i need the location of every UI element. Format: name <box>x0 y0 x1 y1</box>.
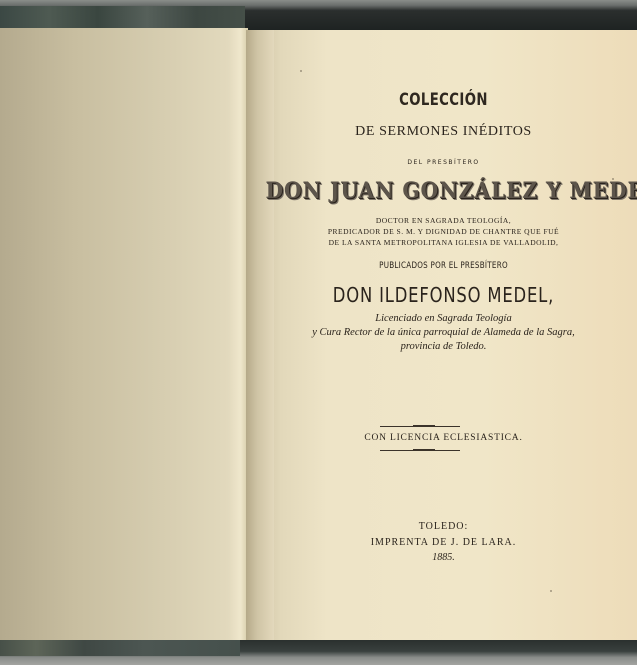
editor-credential: y Cura Rector de la única parroquial de … <box>250 327 637 338</box>
imprint-printer: IMPRENTA DE J. DE LARA. <box>250 537 637 548</box>
paper-speck <box>300 70 302 72</box>
imprint-city: TOLEDO: <box>250 521 637 532</box>
editor-credential: Licenciado en Sagrada Teología <box>250 313 637 324</box>
title-page: COLECCIÓN DE SERMONES INÉDITOS DEL PRESB… <box>250 30 637 640</box>
author-prefix: DEL PRESBÍTERO <box>250 159 637 166</box>
book-subtitle: DE SERMONES INÉDITOS <box>250 124 637 140</box>
divider-rule-center <box>413 449 435 451</box>
divider-rule-center <box>413 425 435 427</box>
author-name: DON JUAN GONZÁLEZ Y MEDEL, <box>265 178 621 204</box>
book-title: COLECCIÓN <box>293 90 595 110</box>
marbled-board <box>0 6 245 30</box>
author-credential: DE LA SANTA METROPOLITANA IGLESIA DE VAL… <box>250 238 637 247</box>
editor-name: DON ILDEFONSO MEDEL, <box>285 283 602 307</box>
imprint-year: 1885. <box>250 552 637 563</box>
author-credential: PREDICADOR DE S. M. Y DIGNIDAD DE CHANTR… <box>250 227 637 236</box>
book-cover-bottom-edge <box>0 640 637 665</box>
license-line: CON LICENCIA ECLESIASTICA. <box>250 433 637 443</box>
editor-prefix: PUBLICADOS POR EL PRESBÍTERO <box>289 261 599 271</box>
paper-speck <box>550 590 552 592</box>
editor-credential: provincia de Toledo. <box>250 341 637 352</box>
marbled-board <box>0 640 240 656</box>
left-page-blank <box>0 28 248 641</box>
paper-speck <box>612 178 614 180</box>
book-cover-top-edge <box>0 0 637 30</box>
author-credential: DOCTOR EN SAGRADA TEOLOGÍA, <box>250 216 637 225</box>
